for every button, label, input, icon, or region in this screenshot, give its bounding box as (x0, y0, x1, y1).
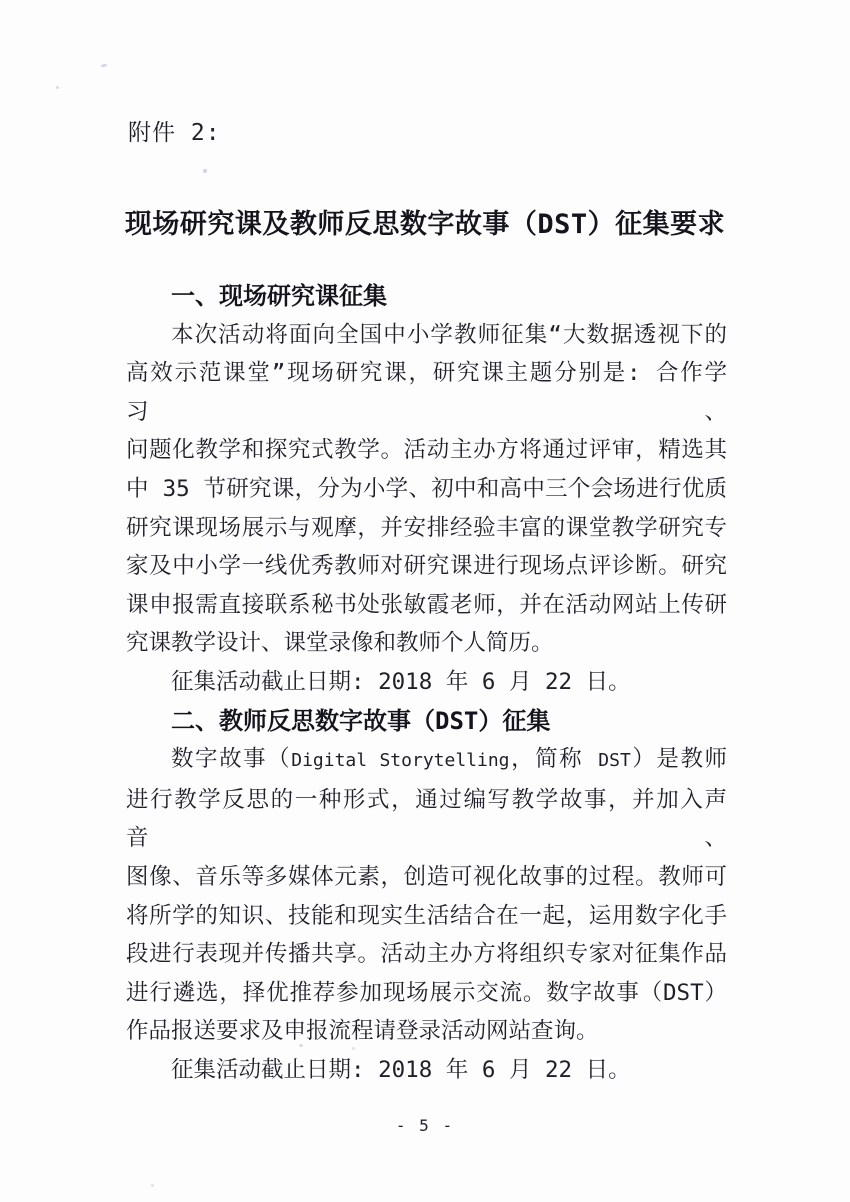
body-line: 段进行表现并传播共享。活动主办方将组织专家对征集作品 (126, 935, 727, 974)
body-line: 本次活动将面向全国中小学教师征集“大数据透视下的 (126, 316, 727, 355)
body-text-cjk: ）是教师 (631, 746, 727, 772)
body-line: 家及中小学一线优秀教师对研究课进行现场点评诊断。研究 (126, 547, 727, 586)
body-line: 将所学的知识、技能和现实生活结合在一起，运用数字化手 (126, 897, 727, 936)
body-line: 课申报需直接联系秘书处张敏霞老师，并在活动网站上传研 (126, 586, 727, 625)
body-line: 进行教学反思的一种形式，通过编写教学故事，并加入声音、 (126, 781, 727, 858)
attachment-label: 附件 2: (128, 114, 221, 147)
body-text-cjk: ，简称 (510, 746, 599, 772)
scan-speck (56, 86, 59, 89)
document-title: 现场研究课及教师反思数字故事（DST）征集要求 (0, 202, 850, 241)
page-number: - 5 - (0, 1116, 850, 1135)
body-line: 高效示范课堂”现场研究课，研究课主题分别是: 合作学习、 (126, 354, 727, 431)
body-line: 数字故事（Digital Storytelling，简称 DST）是教师 (126, 740, 727, 781)
section-2-heading: 二、教师反思数字故事（DST）征集 (126, 702, 727, 741)
body-text-latin: DST (598, 750, 631, 771)
body-line: 进行遴选，择优推荐参加现场展示交流。数字故事（DST） (126, 974, 727, 1013)
section-1-heading: 一、现场研究课征集 (126, 277, 727, 316)
body-line: 究课教学设计、课堂录像和教师个人简历。 (126, 624, 727, 663)
section-2-deadline: 征集活动截止日期: 2018 年 6 月 22 日。 (126, 1051, 727, 1090)
body-line: 中 35 节研究课，分为小学、初中和高中三个会场进行优质 (126, 470, 727, 509)
section-1-deadline: 征集活动截止日期: 2018 年 6 月 22 日。 (126, 663, 727, 702)
scan-speck (203, 169, 207, 173)
scan-speck (151, 1184, 154, 1187)
body-line: 作品报送要求及申报流程请登录活动网站查询。 (126, 1012, 727, 1051)
scan-speck (101, 63, 108, 67)
document-page: 附件 2: 现场研究课及教师反思数字故事（DST）征集要求 一、现场研究课征集 … (0, 0, 850, 1202)
document-body: 一、现场研究课征集 本次活动将面向全国中小学教师征集“大数据透视下的 高效示范课… (126, 277, 727, 1089)
body-text-latin: Digital Storytelling (291, 750, 509, 771)
body-line: 研究课现场展示与观摩，并安排经验丰富的课堂教学研究专 (126, 509, 727, 548)
body-text-cjk: 数字故事（ (171, 746, 291, 772)
body-line: 问题化教学和探究式教学。活动主办方将通过评审，精选其 (126, 431, 727, 470)
body-line: 图像、音乐等多媒体元素，创造可视化故事的过程。教师可 (126, 858, 727, 897)
